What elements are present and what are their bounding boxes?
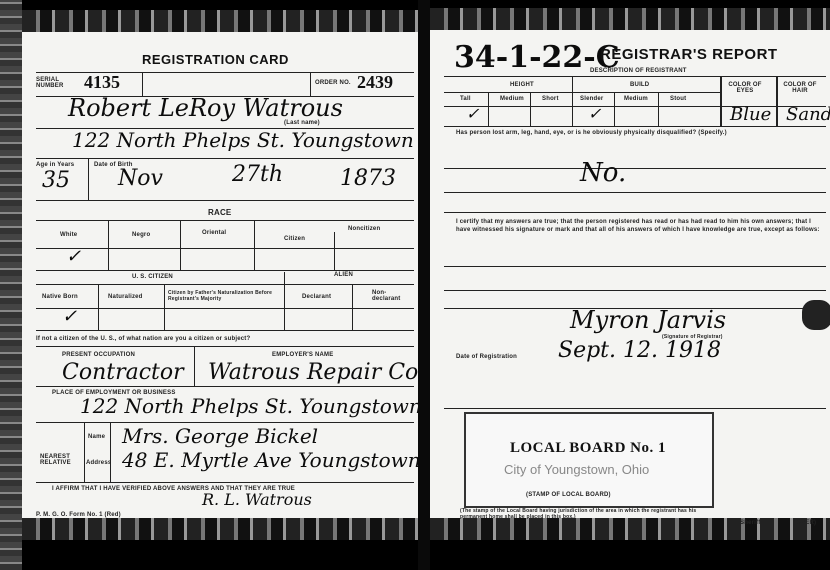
race-col-white: White <box>60 232 77 238</box>
relative-name: Mrs. George Bickel <box>122 424 318 448</box>
height-col-tall: Tall <box>460 96 471 102</box>
film-edge-left <box>0 0 22 570</box>
description-header: DESCRIPTION OF REGISTRANT <box>590 68 687 74</box>
footer-left: Sheriff <box>740 520 760 526</box>
race-header: RACE <box>208 208 231 217</box>
build-slender-mark: ✓ <box>588 104 601 123</box>
hair-color-value: Sandy <box>786 104 830 125</box>
serial-number: 4135 <box>84 72 120 93</box>
alien-header: ALIEN <box>334 272 353 278</box>
employer-value: Watrous Repair Co. <box>208 360 418 385</box>
height-tall-mark: ✓ <box>466 104 479 123</box>
occupation-label: PRESENT OCCUPATION <box>62 352 135 358</box>
citizen-header: U. S. CITIZEN <box>132 274 173 280</box>
film-sprockets-top <box>22 10 418 32</box>
stamp-note: (The stamp of the Local Board having jur… <box>460 508 720 520</box>
film-sprockets-bottom <box>22 518 418 540</box>
relative-address: 48 E. Myrtle Ave Youngstown O. <box>122 448 418 472</box>
name-sublabel: (Last name) <box>284 120 320 126</box>
film-divider <box>418 0 430 570</box>
race-col-noncitizen: Noncitizen <box>348 226 380 232</box>
home-address: 122 North Phelps St. Youngstown <box>72 128 414 152</box>
footer-over: (OVER) <box>794 520 816 526</box>
build-header: BUILD <box>630 82 649 88</box>
race-col-negro: Negro <box>132 232 150 238</box>
relative-address-label: Address <box>86 460 111 466</box>
alien-col-declarant: Declarant <box>302 294 331 300</box>
certify-text: I certify that my answers are true; that… <box>456 218 826 234</box>
dob-year: 1873 <box>340 166 396 191</box>
citizen-col-native: Native Born <box>42 294 78 300</box>
serial-label: SERIAL NUMBER <box>36 77 56 89</box>
form-id: P. M. G. O. Form No. 1 (Red) <box>36 512 121 518</box>
dob-day: 27th <box>232 162 283 187</box>
height-col-short: Short <box>542 96 559 102</box>
date-label: Date of Registration <box>456 354 517 360</box>
citizen-col-naturalized: Naturalized <box>108 294 143 300</box>
film-sprockets-top-right <box>430 8 830 30</box>
eye-color-label: COLOR OF EYES <box>725 82 765 94</box>
date-value: Sept. 12. 1918 <box>558 338 721 363</box>
report-title: REGISTRAR'S REPORT <box>600 46 778 63</box>
disability-question: Has person lost arm, leg, hand, eye, or … <box>456 130 826 136</box>
stamp-line-1: LOCAL BOARD No. 1 <box>510 440 666 457</box>
hair-color-label: COLOR OF HAIR <box>780 82 820 94</box>
height-col-medium: Medium <box>500 96 524 102</box>
build-col-slender: Slender <box>580 96 603 102</box>
registrant-name: Robert LeRoy Watrous <box>68 94 343 122</box>
order-number: 2439 <box>357 72 393 93</box>
registration-card: REGISTRATION CARD SERIAL NUMBER 4135 ORD… <box>22 10 418 540</box>
height-header: HEIGHT <box>510 82 534 88</box>
relative-name-label: Name <box>88 434 105 440</box>
disability-answer: No. <box>580 158 626 188</box>
citizen-col-father: Citizen by Father's Naturalization Befor… <box>168 290 278 302</box>
registrars-report: 34-1-22-C REGISTRAR'S REPORT DESCRIPTION… <box>430 8 830 540</box>
age-value: 35 <box>42 168 70 193</box>
nation-question: If not a citizen of the U. S., of what n… <box>36 336 250 342</box>
employment-place-value: 122 North Phelps St. Youngstown <box>80 394 418 418</box>
eye-color-value: Blue <box>730 104 771 125</box>
order-label: ORDER NO. <box>315 80 351 86</box>
employer-label: EMPLOYER'S NAME <box>272 352 333 358</box>
registrar-signature: Myron Jarvis <box>570 306 726 334</box>
race-col-citizen: Citizen <box>284 236 305 242</box>
stamp-line-2: City of Youngstown, Ohio <box>504 462 649 477</box>
build-col-stout: Stout <box>670 96 686 102</box>
race-white-mark: ✓ <box>66 246 81 267</box>
ink-blot <box>802 300 830 330</box>
race-col-oriental: Oriental <box>202 230 226 236</box>
dob-month: Nov <box>118 166 163 191</box>
occupation-value: Contractor <box>62 360 184 385</box>
card-title: REGISTRATION CARD <box>142 52 289 67</box>
stamp-caption: (STAMP OF LOCAL BOARD) <box>526 492 611 498</box>
alien-col-nondeclarant: Non-declarant <box>372 290 412 302</box>
film-sprockets-bottom-right <box>430 518 830 540</box>
citizen-native-mark: ✓ <box>62 306 77 327</box>
local-board-stamp-box: LOCAL BOARD No. 1 City of Youngstown, Oh… <box>464 412 714 508</box>
registrant-signature: R. L. Watrous <box>202 490 312 509</box>
build-col-medium: Medium <box>624 96 648 102</box>
nearest-relative-label: NEAREST RELATIVE <box>40 454 80 466</box>
